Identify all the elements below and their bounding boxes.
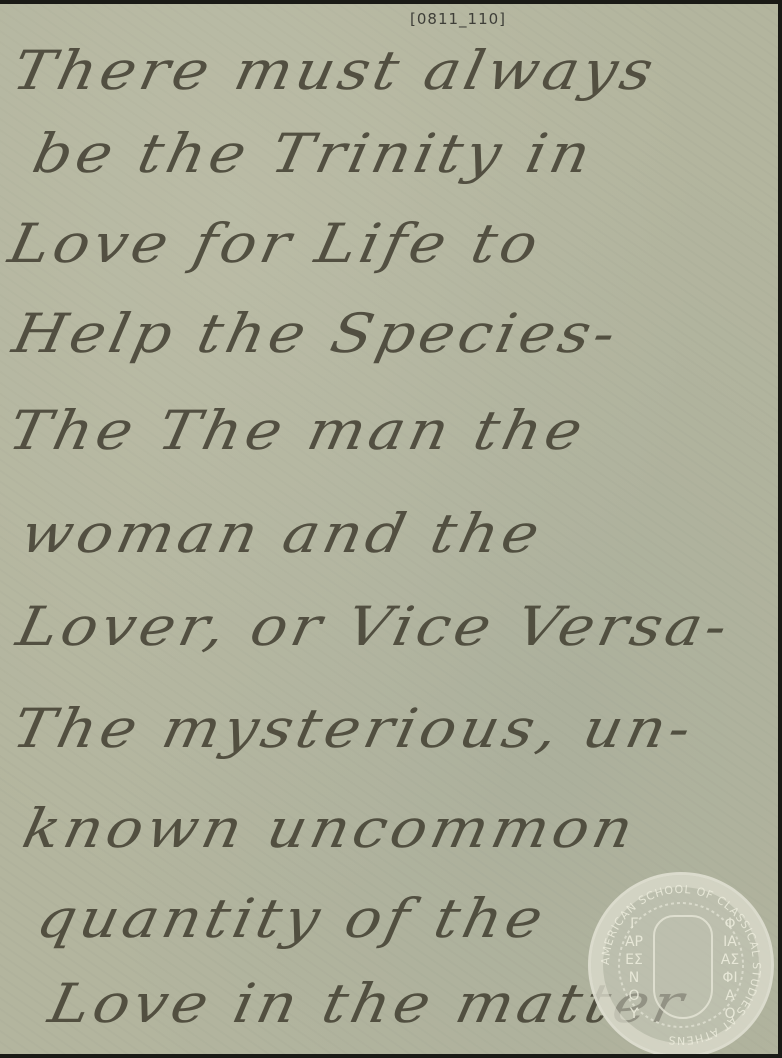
handwritten-line-2: be the Trinity in [27, 123, 599, 186]
handwritten-line-1: There must always [7, 40, 662, 103]
seal-letter: ΕΣ [619, 951, 649, 969]
handwritten-line-5: The The man the [3, 400, 592, 463]
seal-left-letters: Γ ΑΡ ΕΣ Ν Ο Υ [619, 915, 649, 1023]
seal-letter: Φ [715, 915, 745, 933]
archive-id-label: [0811_110] [410, 10, 506, 28]
handwritten-line-3: Love for Life to [3, 213, 547, 276]
institution-seal: AMERICAN SCHOOL OF CLASSICAL STUDIES AT … [588, 872, 774, 1054]
handwritten-line-4: Help the Species- [7, 303, 625, 366]
seal-letter: Α [715, 987, 745, 1005]
seal-letter: Ο [715, 1005, 745, 1023]
seal-letter: Υ [619, 1005, 649, 1023]
handwritten-line-9: known uncommon [17, 798, 642, 861]
letter-page: [0811_110] There must always be the Trin… [0, 4, 778, 1054]
seal-letter: ΦΙ [715, 969, 745, 987]
seal-letter: Γ [619, 915, 649, 933]
seal-letter: ΑΡ [619, 933, 649, 951]
seal-figure-icon [653, 915, 713, 1019]
handwritten-line-7: Lover, or Vice Versa- [11, 596, 736, 659]
handwritten-line-10: quantity of the [31, 888, 552, 951]
seal-letter: ΙΑ [715, 933, 745, 951]
seal-letter: Ν [619, 969, 649, 987]
seal-right-letters: Φ ΙΑ ΑΣ ΦΙ Α Ο [715, 915, 745, 1023]
seal-letter: Ο [619, 987, 649, 1005]
seal-letter: ΑΣ [715, 951, 745, 969]
handwritten-line-8: The mysterious, un- [7, 698, 700, 761]
handwritten-line-6: woman and the [15, 503, 548, 566]
